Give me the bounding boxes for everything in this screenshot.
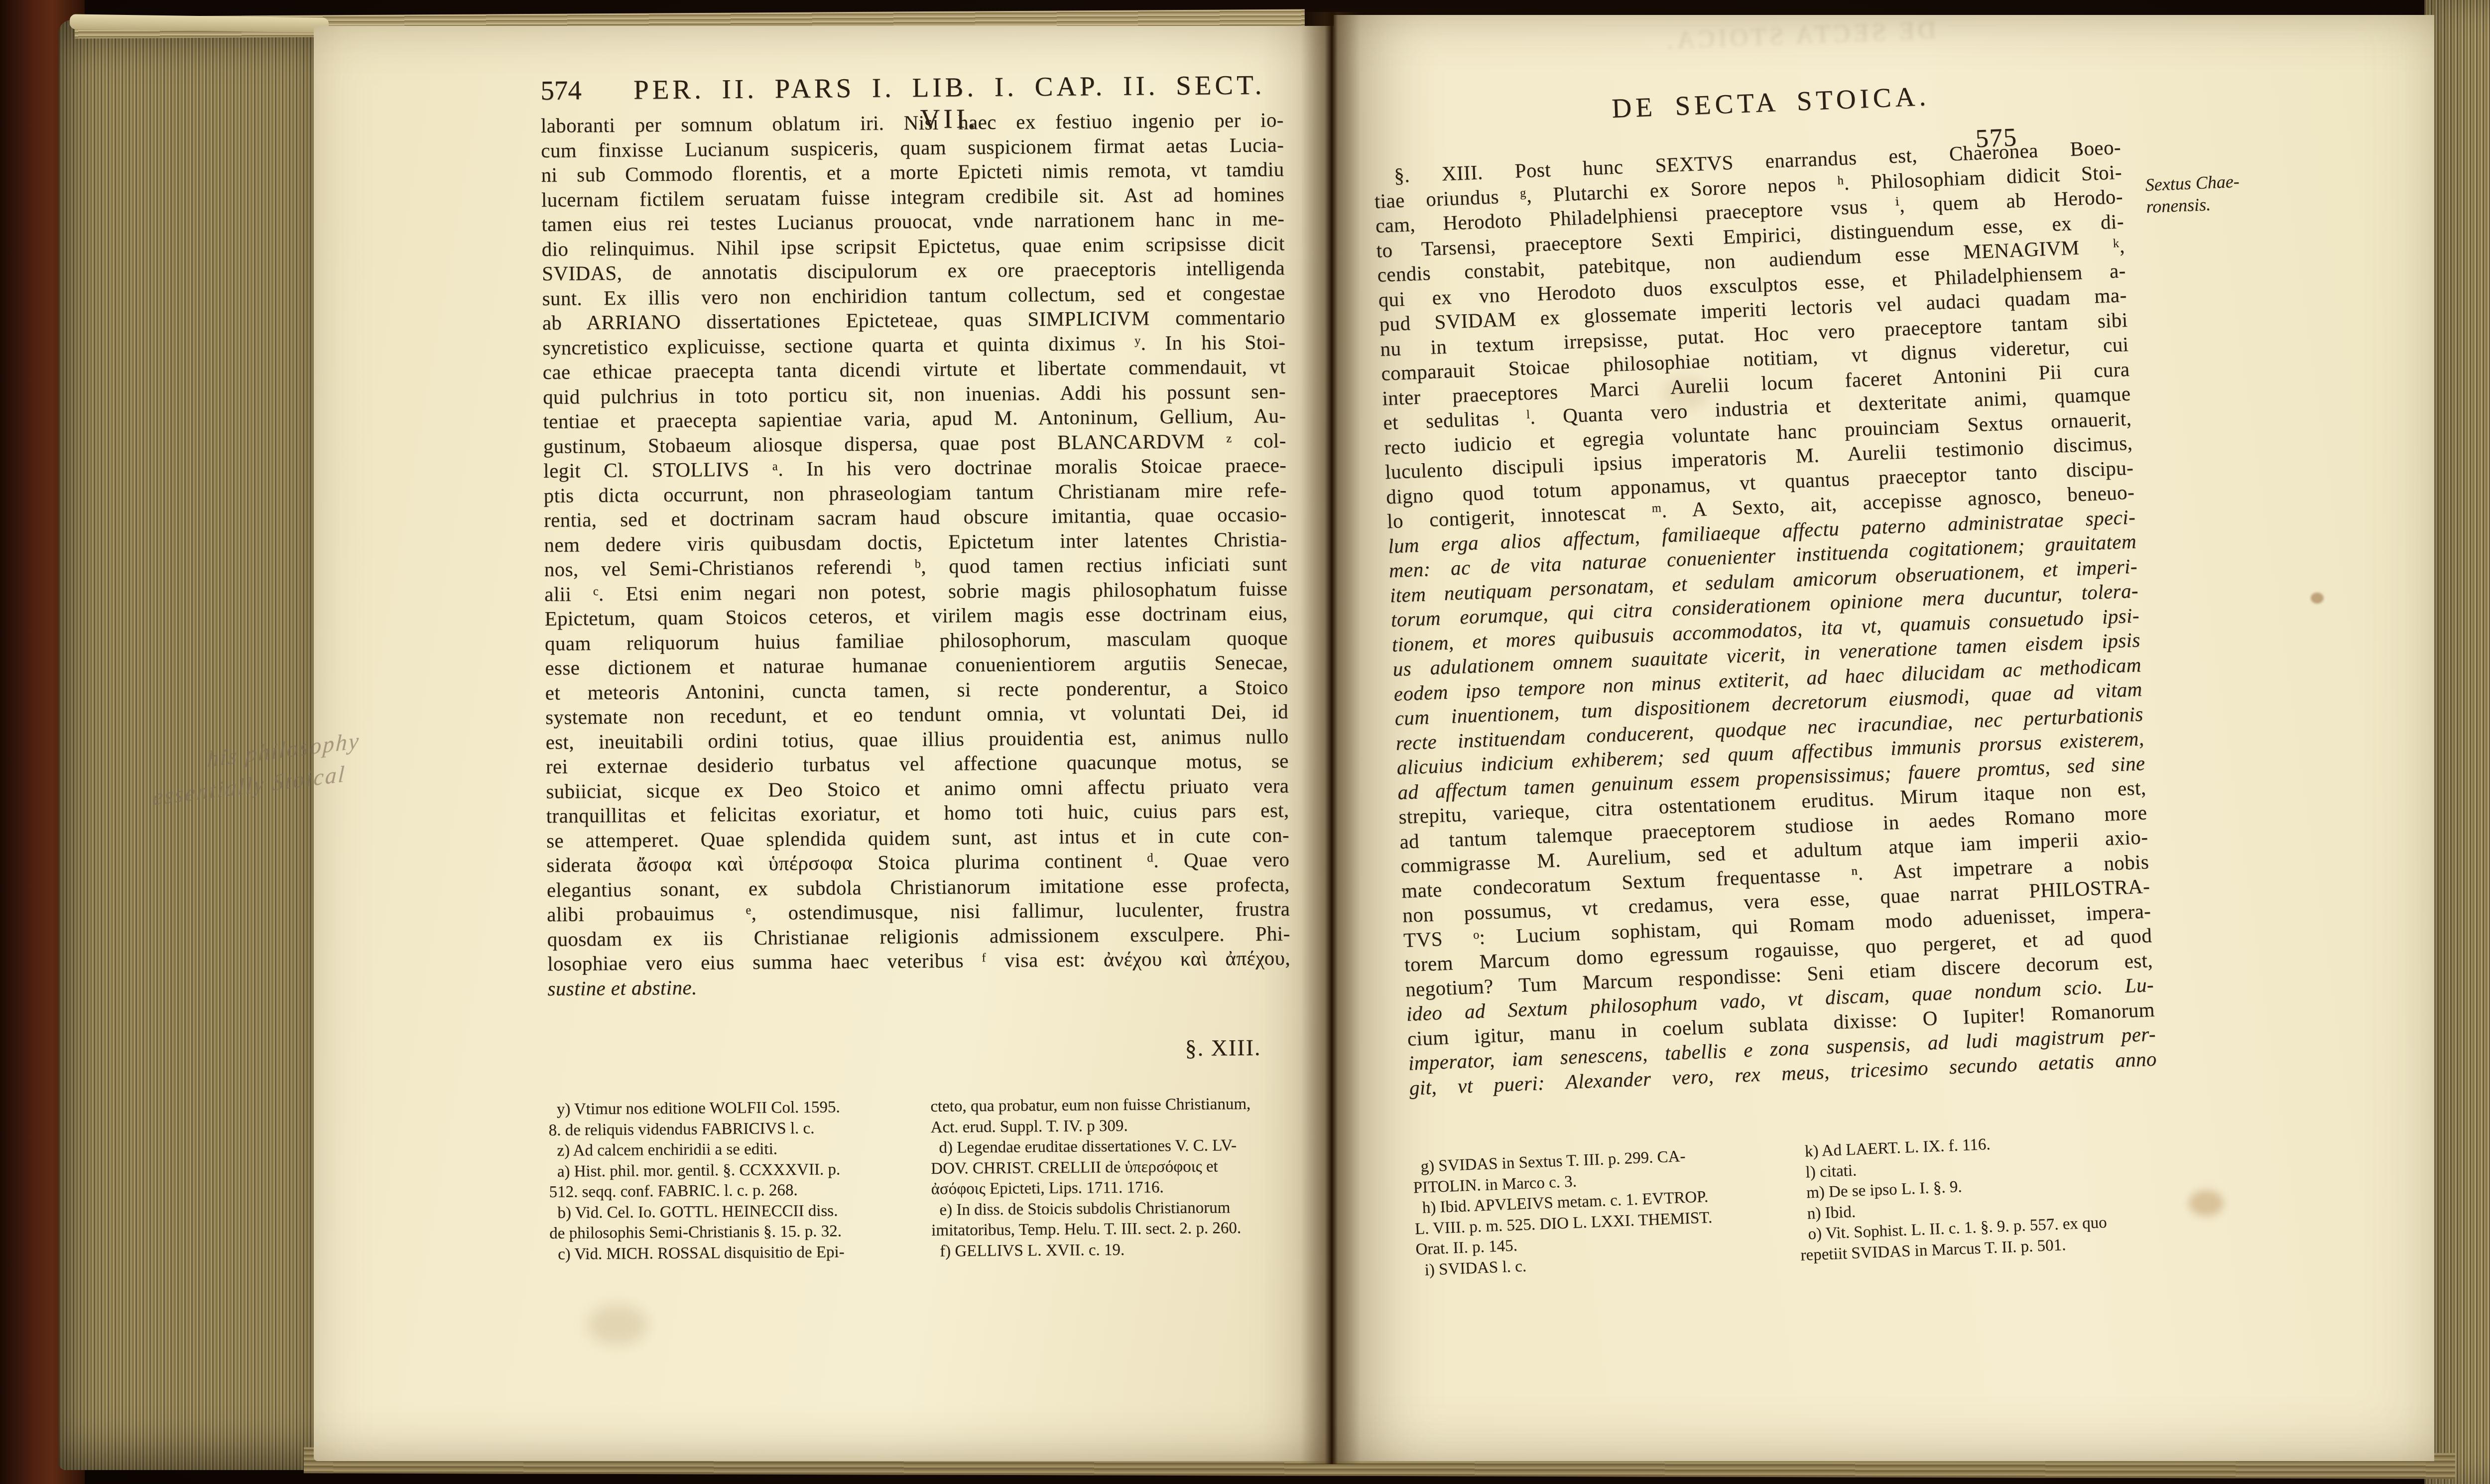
text-line: Act. erud. Suppl. T. IV. p 309.	[930, 1114, 1291, 1138]
right-footnotes-column-1: g) SVIDAS in Sextus T. III. p. 299. CA-P…	[1412, 1143, 1780, 1281]
right-body-text: §. XIII. Post hunc SEXTVS enarrandus est…	[1373, 135, 2157, 1101]
text-line: 512. seqq. conf. FABRIC. l. c. p. 268.	[549, 1179, 910, 1203]
text-line: e) In diss. de Stoicis subdolis Christia…	[931, 1197, 1292, 1221]
margin-note: Sextus Chae- ronensis.	[2145, 168, 2296, 218]
left-page-number: 574	[540, 74, 615, 106]
text-line: b) Vid. Cel. Io. GOTTL. HEINECCII diss.	[549, 1200, 910, 1224]
left-page-text-block: 574 PER. II. PARS I. LIB. I. CAP. II. SE…	[540, 69, 1284, 137]
book-photograph: his philosophy essentially Stoical 574 P…	[0, 0, 2490, 1484]
book-gutter-shadow	[1301, 12, 1361, 1464]
text-line: y) Vtimur nos editione WOLFII Col. 1595.	[548, 1097, 909, 1120]
section-mark: §. XIII.	[1185, 1034, 1261, 1061]
text-line: d) Legendae eruditae dissertationes V. C…	[931, 1135, 1292, 1158]
text-line: imitatoribus, Temp. Helu. T. III. sect. …	[931, 1218, 1292, 1241]
left-footnotes: y) Vtimur nos editione WOLFII Col. 1595.…	[548, 1094, 1293, 1265]
text-line: c) Vid. MICH. ROSSAL disquisitio de Epi-	[549, 1241, 910, 1265]
text-line: DOV. CHRIST. CRELLII de ὑπερσόφοις et	[931, 1156, 1292, 1179]
text-line: a) Hist. phil. mor. gentil. §. CCXXXVII.…	[549, 1159, 910, 1182]
text-line: f) GELLIVS L. XVII. c. 19.	[931, 1238, 1292, 1262]
left-footnotes-column-2: cteto, qua probatur, eum non fuisse Chri…	[930, 1094, 1293, 1262]
text-line: ἀσόφοις Epicteti, Lips. 1711. 1716.	[931, 1176, 1292, 1200]
text-line: cteto, qua probatur, eum non fuisse Chri…	[930, 1094, 1291, 1117]
text-line: 8. de reliquis videndus FABRICIVS l. c.	[548, 1117, 909, 1141]
text-line: z) Ad calcem enchiridii a se editi.	[549, 1138, 910, 1161]
left-body-text: laboranti per somnum oblatum iri. Nisi h…	[541, 108, 1291, 1001]
right-footnotes-column-2: k) Ad LAERT. L. IX. f. 116. l) citati. m…	[1796, 1127, 2164, 1265]
left-footnotes-column-1: y) Vtimur nos editione WOLFII Col. 1595.…	[548, 1097, 911, 1265]
text-line: de philosophis Semi-Christianis §. 15. p…	[549, 1221, 910, 1244]
